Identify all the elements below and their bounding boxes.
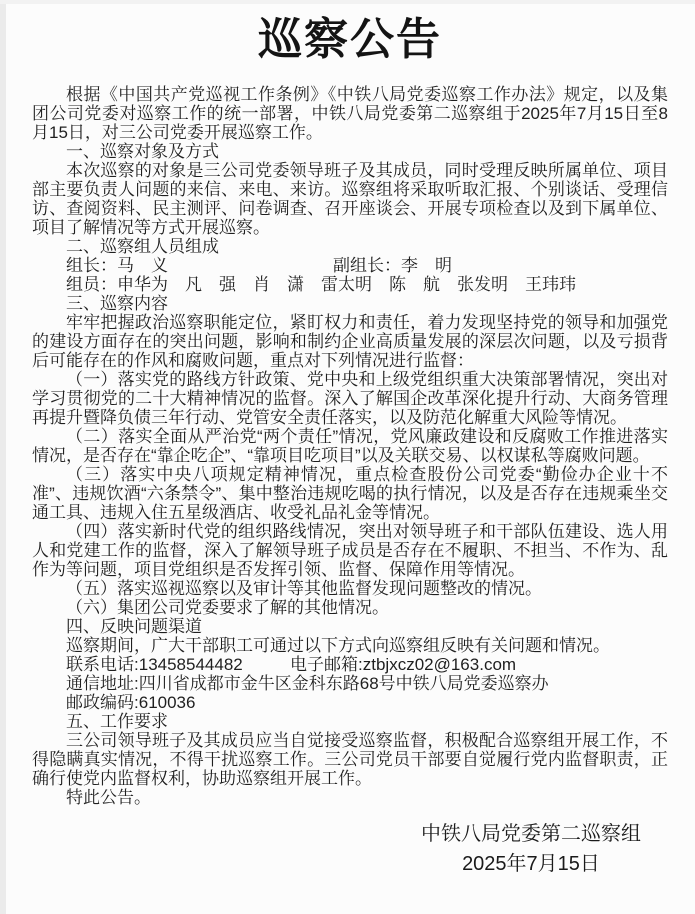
leader-field: 组长：马 义 xyxy=(66,256,333,275)
section-3-lead: 牢牢把握政治巡察职能定位，紧盯权力和责任，着力发现坚持党的领导和加强党的建设方面… xyxy=(32,313,668,370)
email-address: ztbjxcz02@163.com xyxy=(363,655,516,674)
deputy-name: 李 明 xyxy=(401,256,452,275)
section-2-heading: 二、巡察组人员组成 xyxy=(32,237,668,256)
leader-name: 马 义 xyxy=(117,256,168,275)
leader-label: 组长： xyxy=(66,256,117,275)
inspection-item-3: （三）落实中央八项规定精神情况，重点检查股份公司党委“勤俭办企业十不准”、违规饮… xyxy=(32,465,668,522)
phone-field: 联系电话:13458544482 xyxy=(66,655,290,674)
signature-inner: 中铁八局党委第二巡察组 2025年7月15日 xyxy=(421,819,641,879)
section-4-heading: 四、反映问题渠道 xyxy=(32,617,668,636)
address-label: 通信地址: xyxy=(66,674,139,693)
inspection-item-6: （六）集团公司党委要求了解的其他情况。 xyxy=(32,598,668,617)
deputy-label: 副组长： xyxy=(333,256,401,275)
members-row: 组员：申华为 凡 强 肖 潇 雷太明 陈 航 张发明 王玮玮 xyxy=(32,275,668,294)
section-1-body: 本次巡察的对象是三公司党委领导班子及其成员，同时受理反映所属单位、项目部主要负责… xyxy=(32,161,668,237)
postcode-label: 邮政编码: xyxy=(66,693,139,712)
section-5-body: 三公司领导班子及其成员应当自觉接受巡察监督，积极配合巡察组开展工作，不得隐瞒真实… xyxy=(32,731,668,788)
phone-label: 联系电话: xyxy=(66,655,139,674)
members-names: 申华为 凡 强 肖 潇 雷太明 陈 航 张发明 王玮玮 xyxy=(117,275,576,294)
phone-number: 13458544482 xyxy=(139,655,243,674)
inspection-item-4: （四）落实新时代党的组织路线情况，突出对领导班子和干部队伍建设、选人用人和党建工… xyxy=(32,522,668,579)
closing-line: 特此公告。 xyxy=(32,788,668,807)
address-row: 通信地址:四川省成都市金牛区金科东路68号中铁八局党委巡察办 xyxy=(32,674,668,693)
email-field: 电子邮箱:ztbjxcz02@163.com xyxy=(290,655,516,674)
address-value: 四川省成都市金牛区金科东路68号中铁八局党委巡察办 xyxy=(139,674,549,693)
deputy-field: 副组长：李 明 xyxy=(333,256,452,275)
members-label: 组员： xyxy=(66,275,117,294)
signature-block: 中铁八局党委第二巡察组 2025年7月15日 xyxy=(32,819,668,879)
inspection-item-5: （五）落实巡视巡察以及审计等其他监督发现问题整改的情况。 xyxy=(32,579,668,598)
leaders-row: 组长：马 义副组长：李 明 xyxy=(32,256,668,275)
signature-date: 2025年7月15日 xyxy=(421,849,641,879)
postcode-value: 610036 xyxy=(139,693,196,712)
section-4-lead: 巡察期间，广大干部职工可通过以下方式向巡察组反映有关问题和情况。 xyxy=(32,636,668,655)
document-title: 巡察公告 xyxy=(32,14,668,67)
intro-paragraph: 根据《中国共产党巡视工作条例》《中铁八局党委巡察工作办法》规定，以及集团公司党委… xyxy=(32,85,668,142)
inspection-item-1: （一）落实党的路线方针政策、党中央和上级党组织重大决策部署情况，突出对学习贯彻党… xyxy=(32,370,668,427)
notice-document: 巡察公告 根据《中国共产党巡视工作条例》《中铁八局党委巡察工作办法》规定，以及集… xyxy=(0,0,695,914)
inspection-item-2: （二）落实全面从严治党“两个责任”情况，党风廉政建设和反腐败工作推进落实情况，是… xyxy=(32,427,668,465)
signature-org: 中铁八局党委第二巡察组 xyxy=(421,819,641,849)
email-label: 电子邮箱: xyxy=(290,655,363,674)
section-1-heading: 一、巡察对象及方式 xyxy=(32,142,668,161)
contact-row: 联系电话:13458544482电子邮箱:ztbjxcz02@163.com xyxy=(32,655,668,674)
postcode-row: 邮政编码:610036 xyxy=(32,693,668,712)
page-top-edge xyxy=(0,0,695,4)
page-left-edge xyxy=(0,0,6,914)
section-3-heading: 三、巡察内容 xyxy=(32,294,668,313)
section-5-heading: 五、工作要求 xyxy=(32,712,668,731)
